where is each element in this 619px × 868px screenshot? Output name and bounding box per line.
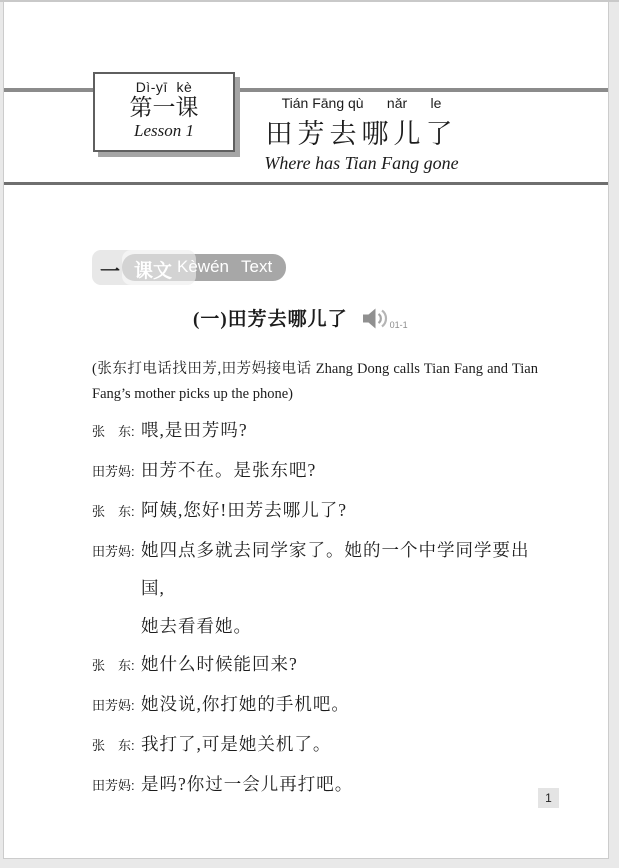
dialogue-text: 阿姨,您好!田芳去哪儿了? bbox=[141, 491, 347, 529]
dialogue-row: 张 东: 喂,是田芳吗? bbox=[88, 411, 538, 451]
section-number: 一 bbox=[100, 255, 120, 284]
dialogue-text: 我打了,可是她关机了。 bbox=[141, 725, 331, 763]
dialogue-speaker: 田芳妈: bbox=[92, 767, 141, 805]
section-marker-kewen: 一 课文 Kèwén Text bbox=[88, 250, 538, 288]
lesson-box-pinyin: Dì-yī kè bbox=[95, 79, 233, 95]
lesson-box-hanzi: 第一课 bbox=[95, 95, 233, 121]
text-part-heading: (一)田芳去哪儿了 bbox=[193, 304, 348, 331]
dialogue-row: 张 东: 我打了,可是她关机了。 bbox=[88, 725, 538, 765]
dialogue-speaker: 田芳妈: bbox=[92, 687, 141, 725]
dialogue-text: 是吗?你过一会儿再打吧。 bbox=[141, 765, 353, 803]
dialogue-text: 喂,是田芳吗? bbox=[141, 411, 248, 449]
dialogue-row: 田芳妈: 田芳不在。是张东吧? bbox=[88, 451, 538, 491]
dialogue-row: 张 东: 她什么时候能回来? bbox=[88, 645, 538, 685]
dialogue-text: 她没说,你打她的手机吧。 bbox=[141, 685, 350, 723]
lesson-title-hanzi: 田芳去哪儿了 bbox=[244, 112, 479, 151]
dialogue-text: 她四点多就去同学家了。她的一个中学同学要出国, 她去看看她。 bbox=[141, 531, 538, 645]
dialogue-speaker: 张 东: bbox=[92, 727, 141, 765]
text-part-heading-row: (一)田芳去哪儿了 01-1 bbox=[88, 304, 538, 331]
dialogue-row: 田芳妈: 她四点多就去同学家了。她的一个中学同学要出国, 她去看看她。 bbox=[88, 531, 538, 645]
dialogue-row: 田芳妈: 她没说,你打她的手机吧。 bbox=[88, 685, 538, 725]
textbook-page: Dì-yī kè 第一课 Lesson 1 Tián Fāng qù nǎr l… bbox=[3, 1, 609, 859]
section-english: Text bbox=[241, 257, 272, 277]
dialogue-speaker: 田芳妈: bbox=[92, 453, 141, 491]
speaker-icon bbox=[361, 307, 388, 330]
dialogue-text: 她什么时候能回来? bbox=[141, 645, 298, 683]
dialogue-speaker: 张 东: bbox=[92, 647, 141, 685]
page-number-badge: 1 bbox=[538, 788, 559, 808]
lesson-box-english: Lesson 1 bbox=[95, 121, 233, 141]
header-rule-bottom bbox=[4, 182, 608, 185]
dialogue-row: 张 东: 阿姨,您好!田芳去哪儿了? bbox=[88, 491, 538, 531]
lesson-title-english: Where has Tian Fang gone bbox=[244, 153, 479, 174]
page-body: 一 课文 Kèwén Text (一)田芳去哪儿了 01-1 (张东打电话找田芳… bbox=[4, 186, 608, 805]
lesson-header: Dì-yī kè 第一课 Lesson 1 Tián Fāng qù nǎr l… bbox=[4, 2, 608, 187]
section-hanzi: 课文 bbox=[134, 256, 172, 283]
lesson-title: Tián Fāng qù nǎr le 田芳去哪儿了 Where has Tia… bbox=[244, 95, 479, 174]
audio-track-label: 01-1 bbox=[390, 320, 408, 330]
section-pinyin: Kèwén bbox=[177, 257, 229, 277]
dialogue-speaker: 田芳妈: bbox=[92, 533, 141, 571]
scene-description: (张东打电话找田芳,田芳妈接电话 Zhang Dong calls Tian F… bbox=[92, 357, 538, 407]
dialogue-speaker: 张 东: bbox=[92, 493, 141, 531]
lesson-number-box: Dì-yī kè 第一课 Lesson 1 bbox=[93, 72, 235, 152]
dialogue-speaker: 张 东: bbox=[92, 413, 141, 451]
dialogue-text: 田芳不在。是张东吧? bbox=[141, 451, 316, 489]
dialogue-list: 张 东: 喂,是田芳吗? 田芳妈: 田芳不在。是张东吧? 张 东: 阿姨,您好!… bbox=[88, 411, 538, 805]
audio-marker: 01-1 bbox=[361, 307, 408, 330]
dialogue-row: 田芳妈: 是吗?你过一会儿再打吧。 bbox=[88, 765, 538, 805]
screenshot-top-edge bbox=[0, 0, 619, 2]
lesson-title-pinyin: Tián Fāng qù nǎr le bbox=[244, 95, 479, 111]
